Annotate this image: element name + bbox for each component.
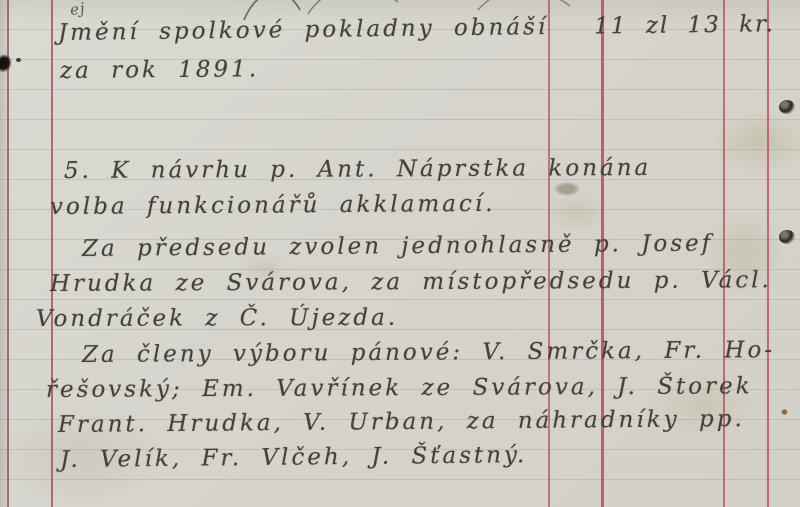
manuscript-line-6: Hrudka ze Svárova, za místopředsedu p. V…: [50, 267, 772, 297]
punch-hole-top: [779, 100, 795, 114]
manuscript-line-9: řešovský; Em. Vavřínek ze Svárova, J. Št…: [46, 373, 753, 403]
manuscript-line-2: za rok 1891.: [60, 56, 259, 84]
manuscript-line-3: 5. K návrhu p. Ant. Náprstka konána: [64, 155, 651, 184]
manuscript-line-8: Za členy výboru pánové: V. Smrčka, Fr. H…: [82, 337, 775, 368]
brown-stain-spot: [781, 409, 788, 415]
ruling-line-right-outer: [767, 0, 769, 507]
manuscript-line-5: Za předsedu zvolen jednohlasně p. Josef: [82, 230, 713, 262]
manuscript-line-10: Frant. Hrudka, V. Urban, za náhradníky p…: [58, 406, 745, 438]
ink-blot-satellite: [16, 58, 21, 62]
manuscript-page: ej Jmění spolkové pokladny obnáší11 zl 1…: [0, 0, 800, 507]
line-1-text: Jmění spolkové pokladny obnáší: [58, 14, 549, 46]
manuscript-line-1: Jmění spolkové pokladny obnáší11 zl 13 k…: [58, 11, 775, 46]
ink-blot-left-edge: [0, 47, 22, 81]
ruling-line-left-inner: [51, 0, 53, 507]
manuscript-line-7: Vondráček z Č. Újezda.: [36, 305, 398, 332]
ink-smudge: [554, 182, 580, 196]
line-1-amount: 11 zl 13 kr.: [594, 11, 775, 39]
superscript-flourish: ej: [69, 0, 87, 19]
manuscript-line-11: J. Velík, Fr. Vlčeh, J. Šťastný.: [60, 442, 528, 473]
manuscript-line-4: volba funkcionářů akklamací.: [50, 191, 496, 220]
punch-hole-bottom: [779, 230, 795, 244]
